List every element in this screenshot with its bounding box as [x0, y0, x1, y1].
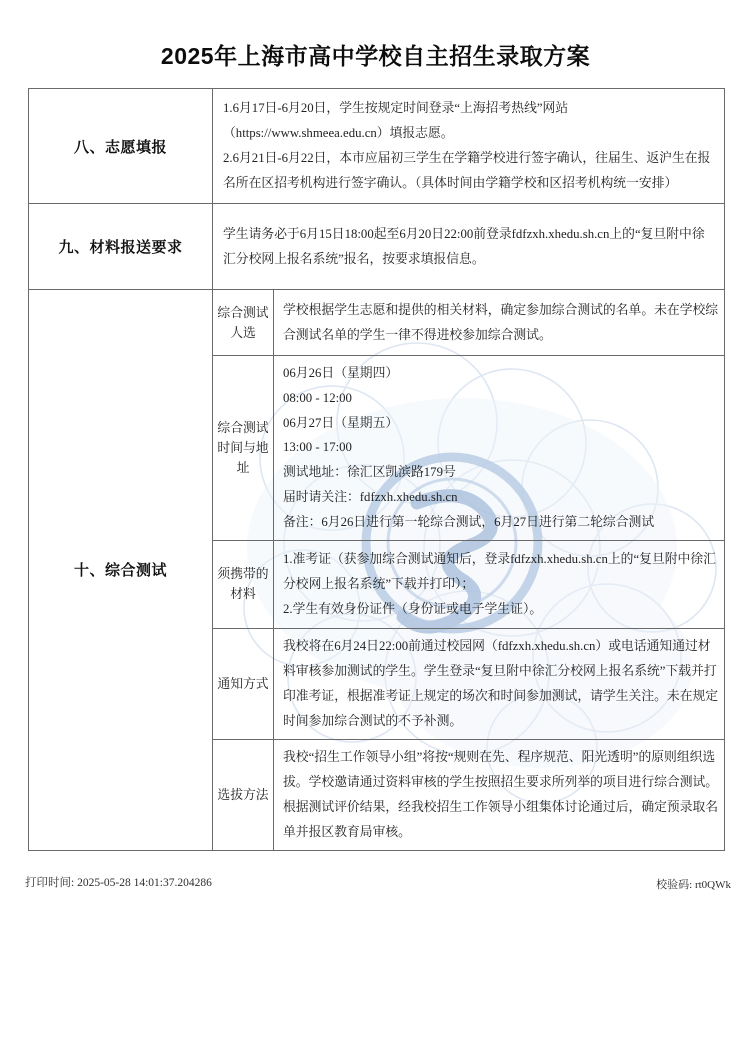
schedule-line: 13:00 - 17:00 — [283, 435, 722, 460]
document-page: 2025年上海市高中学校自主招生录取方案 八、志愿填报 1.6月17日-6月20… — [0, 0, 751, 1063]
paragraph: 2.6月21日-6月22日，本市应届初三学生在学籍学校进行签字确认，往届生、返沪… — [223, 146, 716, 196]
paragraph: 学校根据学生志愿和提供的相关材料，确定参加综合测试的名单。未在学校综合测试名单的… — [283, 298, 722, 348]
schedule-line: 届时请关注：fdfzxh.xhedu.sh.cn — [283, 485, 722, 510]
paragraph: 学生请务必于6月15日18:00起至6月20日22:00前登录fdfzxh.xh… — [223, 222, 716, 272]
subrow-content-notification: 我校将在6月24日22:00前通过校园网（fdfzxh.xhedu.sh.cn）… — [274, 628, 725, 739]
schedule-line: 06月27日（星期五） — [283, 411, 722, 436]
schedule-line: 测试地址：徐汇区凯滨路179号 — [283, 460, 722, 485]
paragraph: 我校“招生工作领导小组”将按“规则在先、程序规范、阳光透明”的原则组织选拔。学校… — [283, 745, 722, 845]
paragraph: 2.学生有效身份证件（身份证或电子学生证）。 — [283, 597, 722, 622]
row-header-material-submission: 九、材料报送要求 — [29, 204, 213, 290]
subrow-label-notification: 通知方式 — [213, 628, 274, 739]
footer-verify-code: 校验码: rt0QWk — [656, 876, 731, 892]
table-row-volunteer-filling: 八、志愿填报 1.6月17日-6月20日，学生按规定时间登录“上海招考热线”网站… — [29, 89, 725, 204]
schedule-line: 06月26日（星期四） — [283, 361, 722, 386]
subrow-content-selection: 我校“招生工作领导小组”将按“规则在先、程序规范、阳光透明”的原则组织选拔。学校… — [274, 739, 725, 850]
subrow-label-materials: 须携带的材料 — [213, 540, 274, 628]
row-content-volunteer-filling: 1.6月17日-6月20日，学生按规定时间登录“上海招考热线”网站 （https… — [213, 89, 725, 204]
row-header-comprehensive-test: 十、综合测试 — [29, 290, 213, 851]
row-content-material-submission: 学生请务必于6月15日18:00起至6月20日22:00前登录fdfzxh.xh… — [213, 204, 725, 290]
subrow-content-materials: 1.准考证（获参加综合测试通知后，登录fdfzxh.xhedu.sh.cn上的“… — [274, 540, 725, 628]
subrow-label-time-address: 综合测试时间与地址 — [213, 356, 274, 541]
paragraph: 我校将在6月24日22:00前通过校园网（fdfzxh.xhedu.sh.cn）… — [283, 634, 722, 734]
schedule-line: 备注：6月26日进行第一轮综合测试，6月27日进行第二轮综合测试 — [283, 510, 722, 535]
subrow-content-candidates: 学校根据学生志愿和提供的相关材料，确定参加综合测试的名单。未在学校综合测试名单的… — [274, 290, 725, 356]
paragraph: 1.6月17日-6月20日，学生按规定时间登录“上海招考热线”网站 — [223, 96, 716, 121]
admission-plan-table: 八、志愿填报 1.6月17日-6月20日，学生按规定时间登录“上海招考热线”网站… — [28, 88, 725, 851]
subrow-content-time-address: 06月26日（星期四） 08:00 - 12:00 06月27日（星期五） 13… — [274, 356, 725, 541]
page-title: 2025年上海市高中学校自主招生录取方案 — [0, 40, 751, 72]
row-header-volunteer-filling: 八、志愿填报 — [29, 89, 213, 204]
footer-print-time: 打印时间: 2025-05-28 14:01:37.204286 — [25, 874, 212, 890]
subrow-label-selection: 选拔方法 — [213, 739, 274, 850]
paragraph: （https://www.shmeea.edu.cn）填报志愿。 — [223, 121, 716, 146]
table-row-test-candidates: 十、综合测试 综合测试人选 学校根据学生志愿和提供的相关材料，确定参加综合测试的… — [29, 290, 725, 356]
table-row-material-submission: 九、材料报送要求 学生请务必于6月15日18:00起至6月20日22:00前登录… — [29, 204, 725, 290]
subrow-label-candidates: 综合测试人选 — [213, 290, 274, 356]
paragraph: 1.准考证（获参加综合测试通知后，登录fdfzxh.xhedu.sh.cn上的“… — [283, 547, 722, 597]
schedule-line: 08:00 - 12:00 — [283, 386, 722, 411]
